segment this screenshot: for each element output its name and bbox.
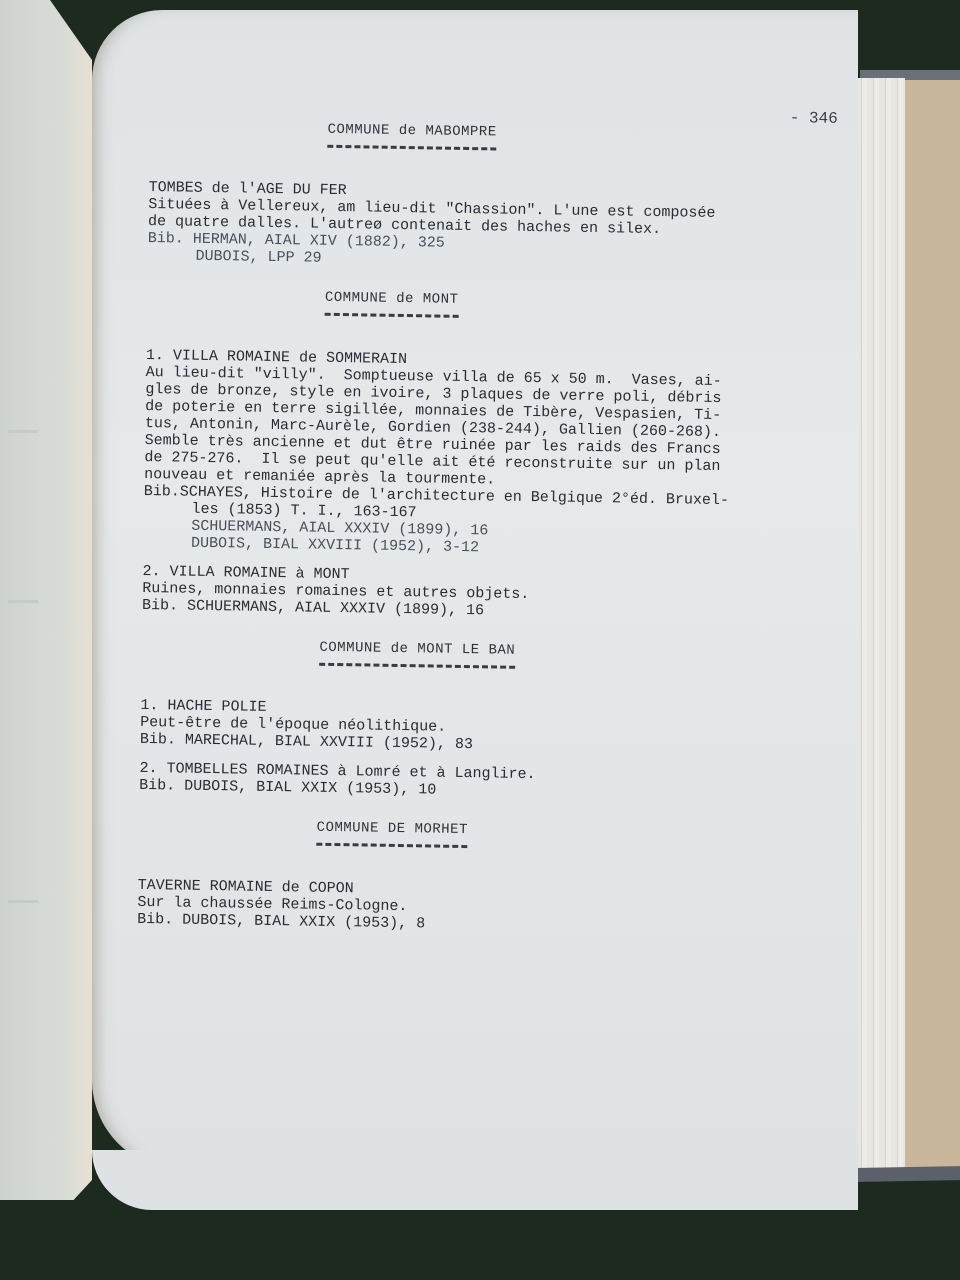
bleed-mark (8, 900, 38, 903)
section-heading: COMMUNE DE MORHET (316, 820, 468, 848)
bleed-mark (8, 600, 38, 603)
bleed-mark (8, 430, 38, 433)
page-number: - 346 (790, 110, 838, 128)
section-heading: COMMUNE de MONT LE BAN (319, 640, 515, 669)
book-endpaper (905, 80, 960, 1170)
page-content: - 346 COMMUNE de MABOMPRE TOMBES de l'AG… (137, 100, 850, 939)
left-page (0, 0, 92, 1200)
section-heading: COMMUNE de MONT (325, 290, 459, 318)
page-stack-edge (855, 78, 905, 1178)
section-heading: COMMUNE de MABOMPRE (327, 122, 497, 151)
